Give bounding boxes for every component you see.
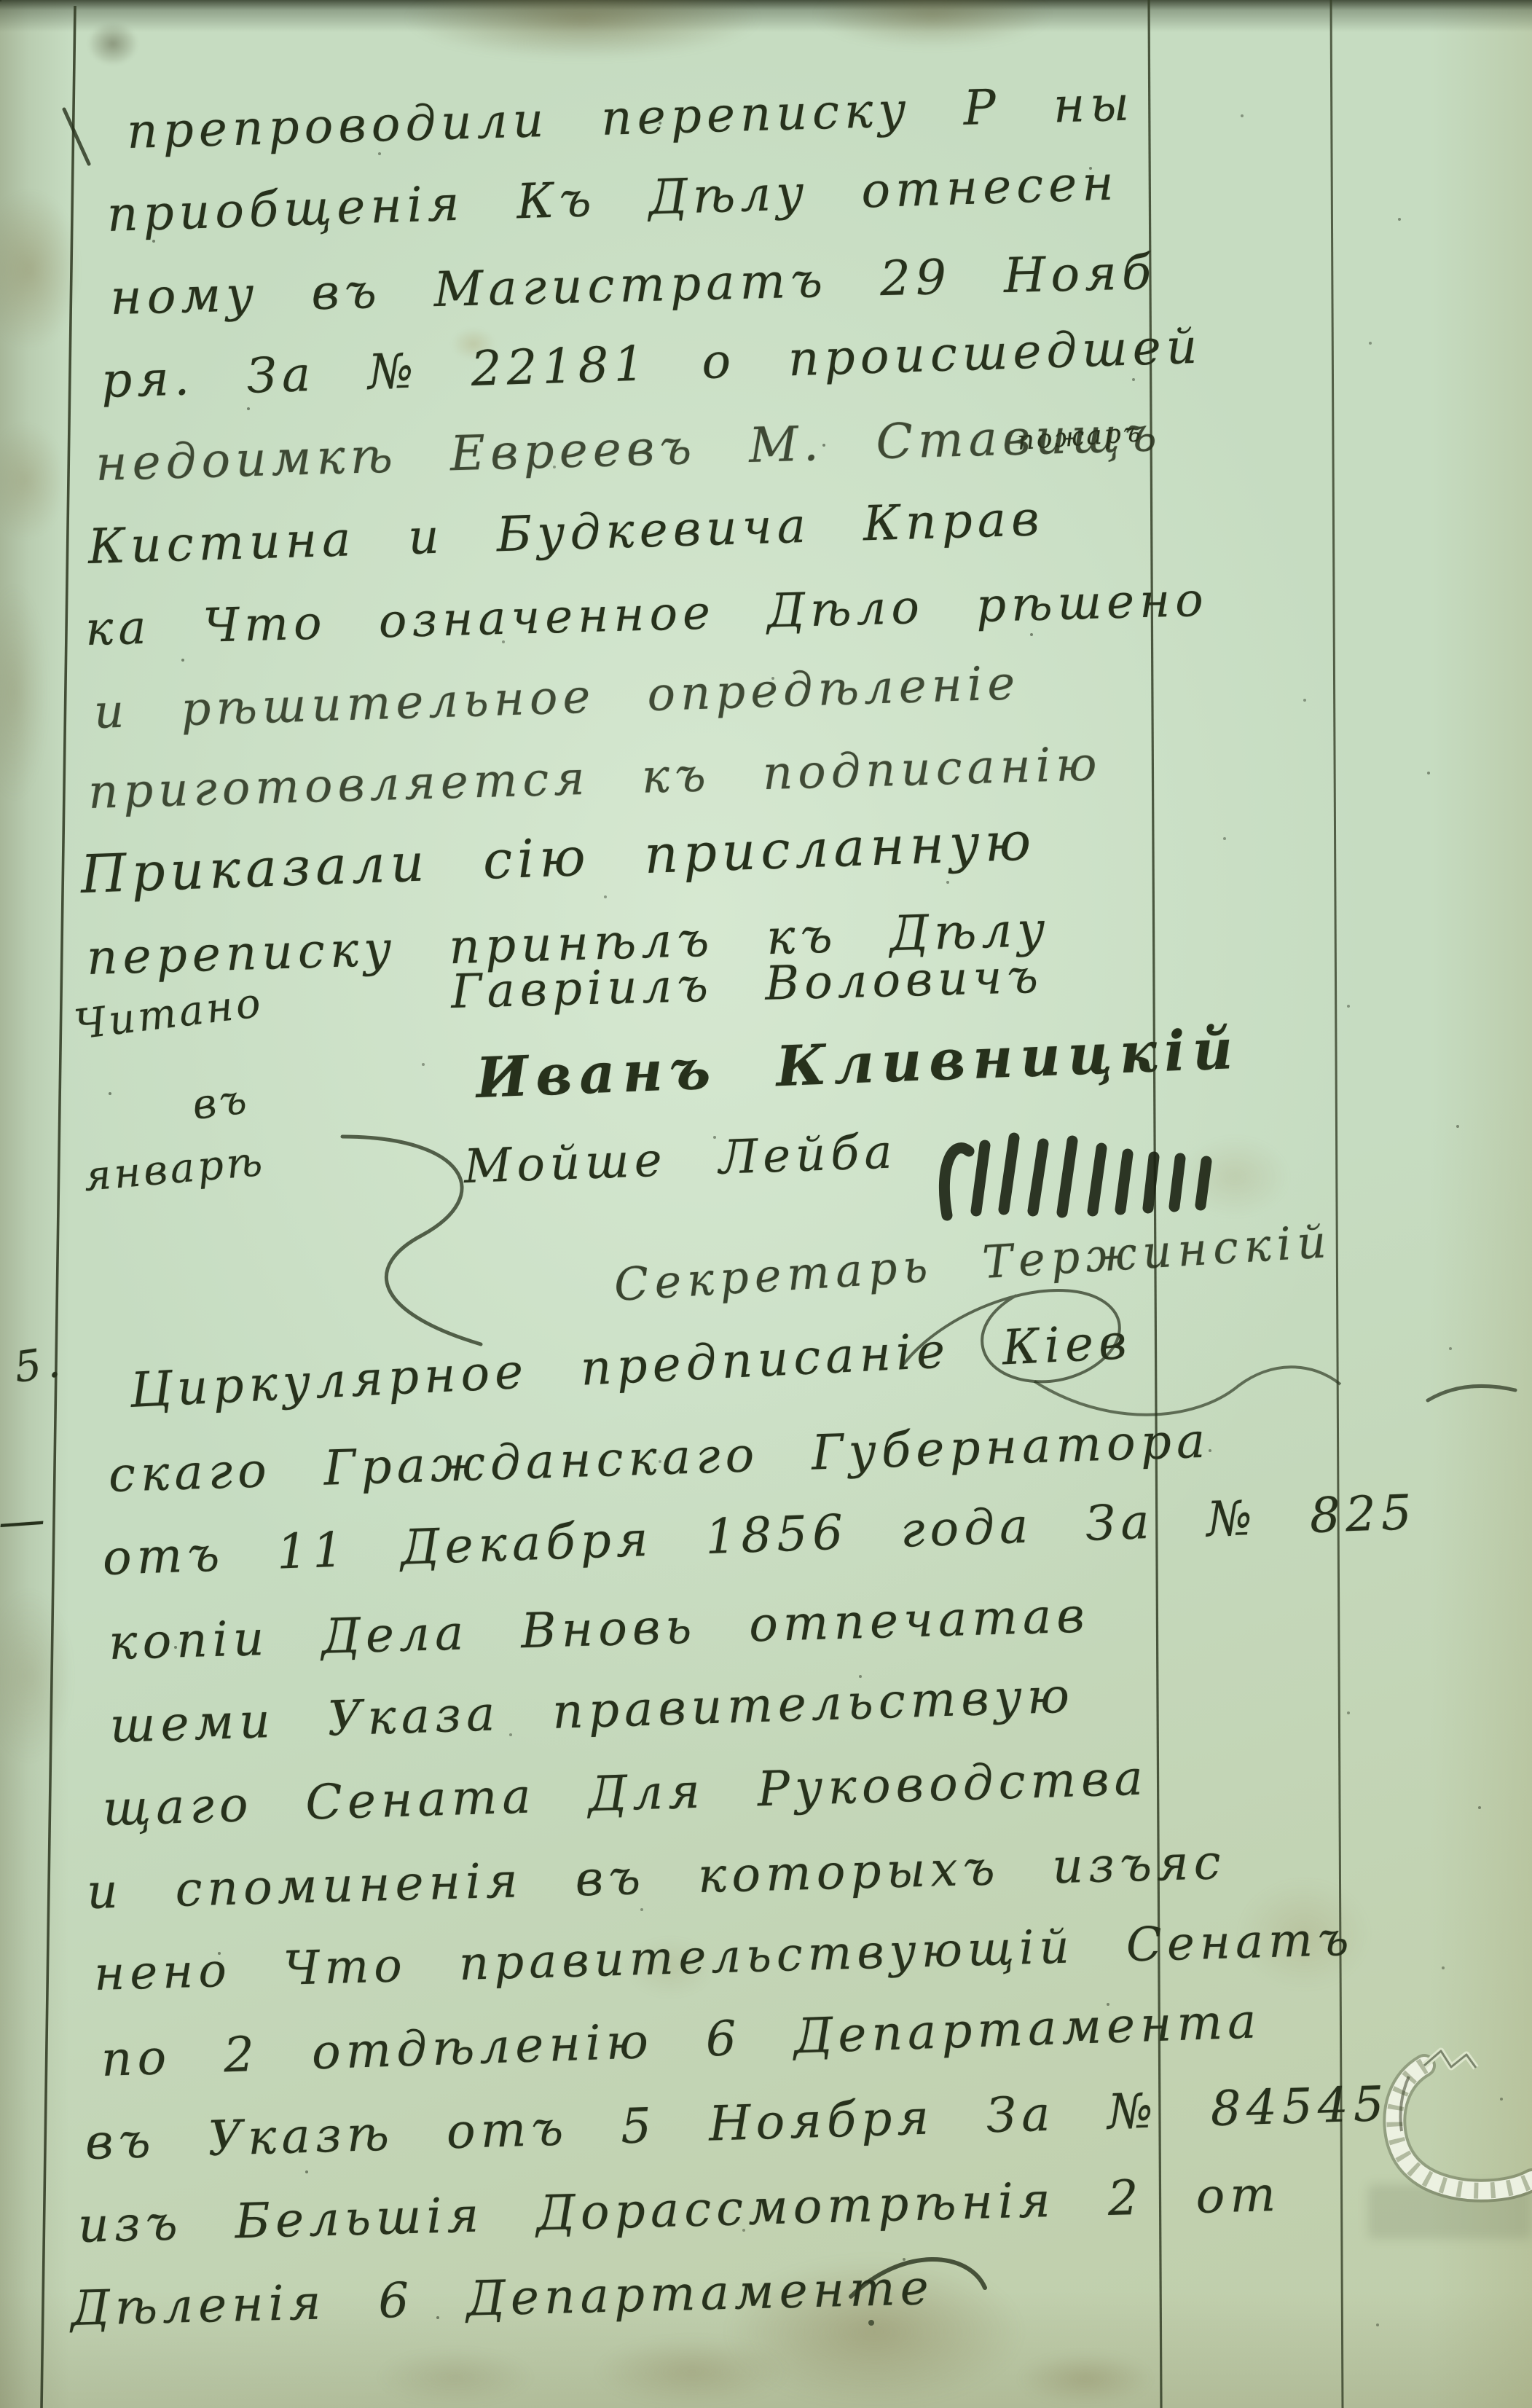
manuscript-page: препроводили переписку Р ны приобщенія К… [0, 0, 1532, 2408]
signature-scrawl [944, 1138, 1206, 1215]
margin-note-line: въ [190, 1079, 251, 1126]
margin-wave-mark [1428, 1386, 1515, 1400]
margin-rule-right-outer [1331, 0, 1343, 2408]
stray-pen-mark [64, 109, 89, 164]
ink-dot [868, 2320, 874, 2326]
margin-dash: — [0, 1496, 52, 1546]
binding-thread [1355, 2025, 1532, 2266]
entry-number: 5. [12, 1340, 68, 1389]
signature-moyshe-leyba: Мойше Лейба [463, 1129, 898, 1191]
margin-note-flourish [342, 1137, 481, 1344]
margin-rule-left [42, 6, 75, 2408]
